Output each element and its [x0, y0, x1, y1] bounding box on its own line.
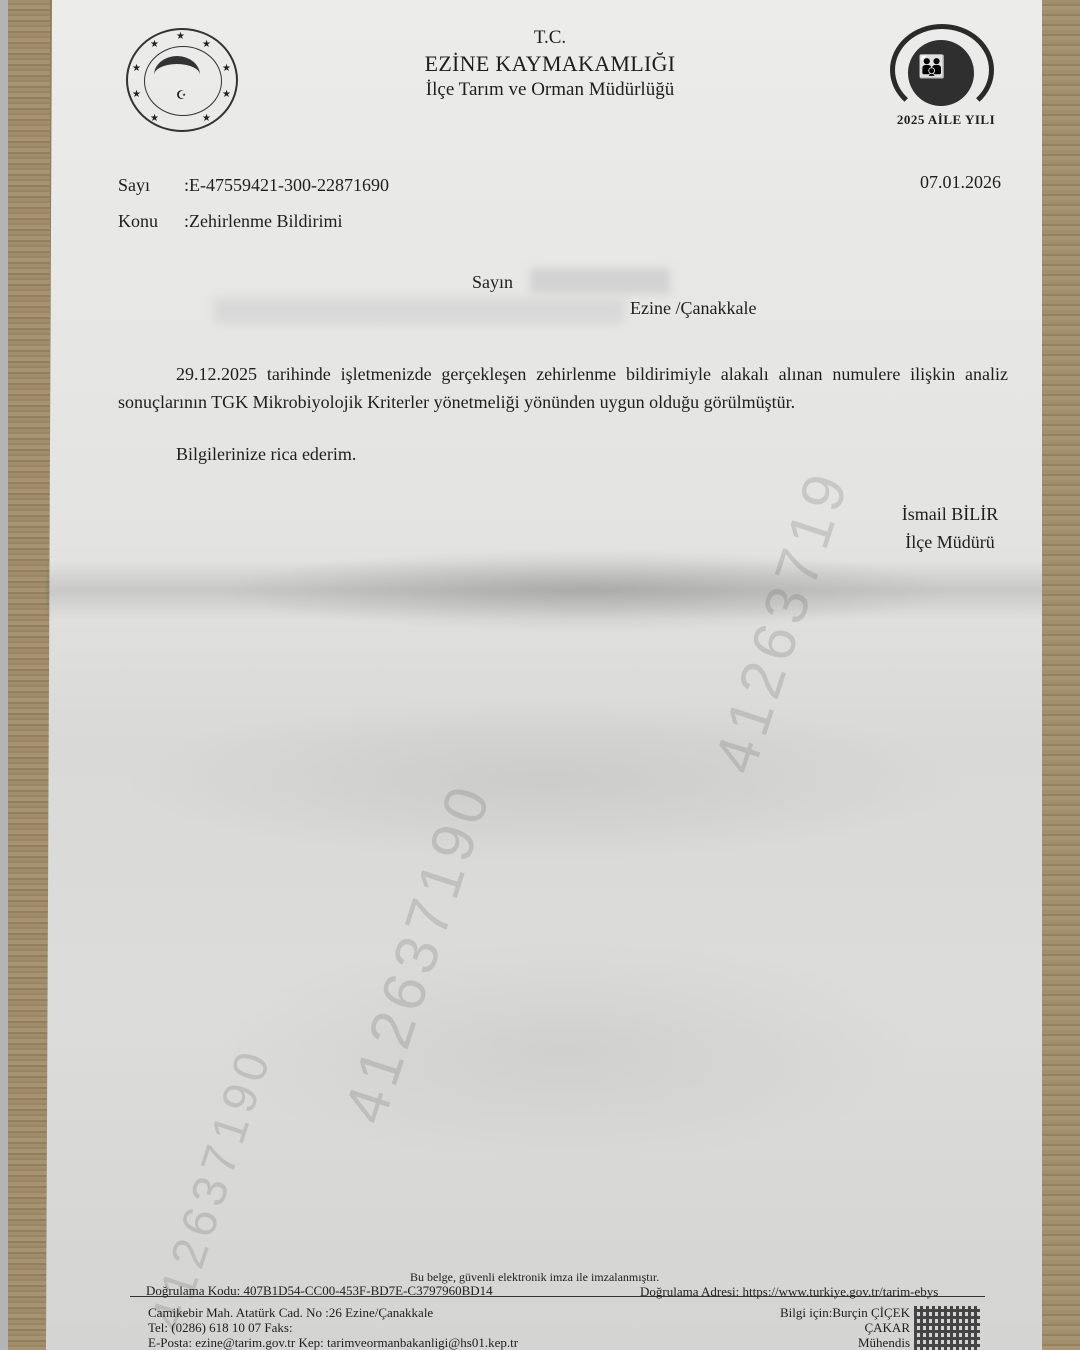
document-number: Sayı:E-47559421-300-22871690 [118, 174, 389, 196]
background-edge [0, 0, 8, 1350]
redacted-address [214, 298, 624, 324]
footer-email: E-Posta: ezine@tarim.gov.tr Kep: tarimve… [148, 1335, 518, 1350]
body-paragraph: 29.12.2025 tarihinde işletmenizde gerçek… [118, 360, 1008, 416]
footer-divider [130, 1296, 985, 1297]
paper-fold-shadow [46, 560, 1042, 620]
info-role: Mühendis [758, 1335, 910, 1350]
document-date: 07.01.2026 [920, 172, 1001, 193]
family-year-logo-icon: 👪 [888, 24, 1000, 114]
info-surname: ÇAKAR [758, 1320, 910, 1335]
footer-info: Bilgi için:Burçin ÇİÇEK ÇAKAR Mühendis [758, 1305, 910, 1350]
header-governorship: EZİNE KAYMAKAMLIĞI [330, 50, 770, 78]
closing-line: Bilgilerinize rica ederim. [176, 444, 356, 465]
verification-address: Doğrulama Adresi: https://www.turkiye.go… [640, 1284, 938, 1300]
wood-table-left [8, 0, 50, 1350]
letter-body: 29.12.2025 tarihinde işletmenizde gerçek… [118, 360, 1008, 416]
letterhead: T.C. EZİNE KAYMAKAMLIĞI İlçe Tarım ve Or… [330, 26, 770, 102]
redacted-name [530, 268, 670, 294]
sayi-label: Sayı [118, 174, 184, 196]
footer-phone: Tel: (0286) 618 10 07 Faks: [148, 1320, 518, 1335]
header-tc: T.C. [330, 26, 770, 50]
info-contact: Bilgi için:Burçin ÇİÇEK [758, 1305, 910, 1320]
recipient-city: Ezine /Çanakkale [630, 298, 756, 319]
header-directorate: İlçe Tarım ve Orman Müdürlüğü [330, 78, 770, 102]
ministry-seal-icon: ★ ★ ★ ★ ★ ★ ★ ★ ★ ☪ [126, 28, 238, 132]
document-subject: Konu:Zehirlenme Bildirimi [118, 210, 342, 232]
wood-table-right [1040, 0, 1080, 1350]
footer-contact: Camikebir Mah. Atatürk Cad. No :26 Ezine… [148, 1305, 518, 1350]
family-year-caption: 2025 AİLE YILI [878, 112, 1014, 128]
sayi-value: :E-47559421-300-22871690 [184, 175, 389, 195]
recipient-salutation: Sayın [472, 272, 513, 293]
konu-value: :Zehirlenme Bildirimi [184, 211, 342, 231]
signatory-title: İlçe Müdürü [880, 528, 1020, 556]
signature-block: İsmail BİLİR İlçe Müdürü [880, 500, 1020, 556]
konu-label: Konu [118, 210, 184, 232]
qr-code-icon [914, 1306, 980, 1350]
signatory-name: İsmail BİLİR [880, 500, 1020, 528]
footer-address: Camikebir Mah. Atatürk Cad. No :26 Ezine… [148, 1305, 518, 1320]
